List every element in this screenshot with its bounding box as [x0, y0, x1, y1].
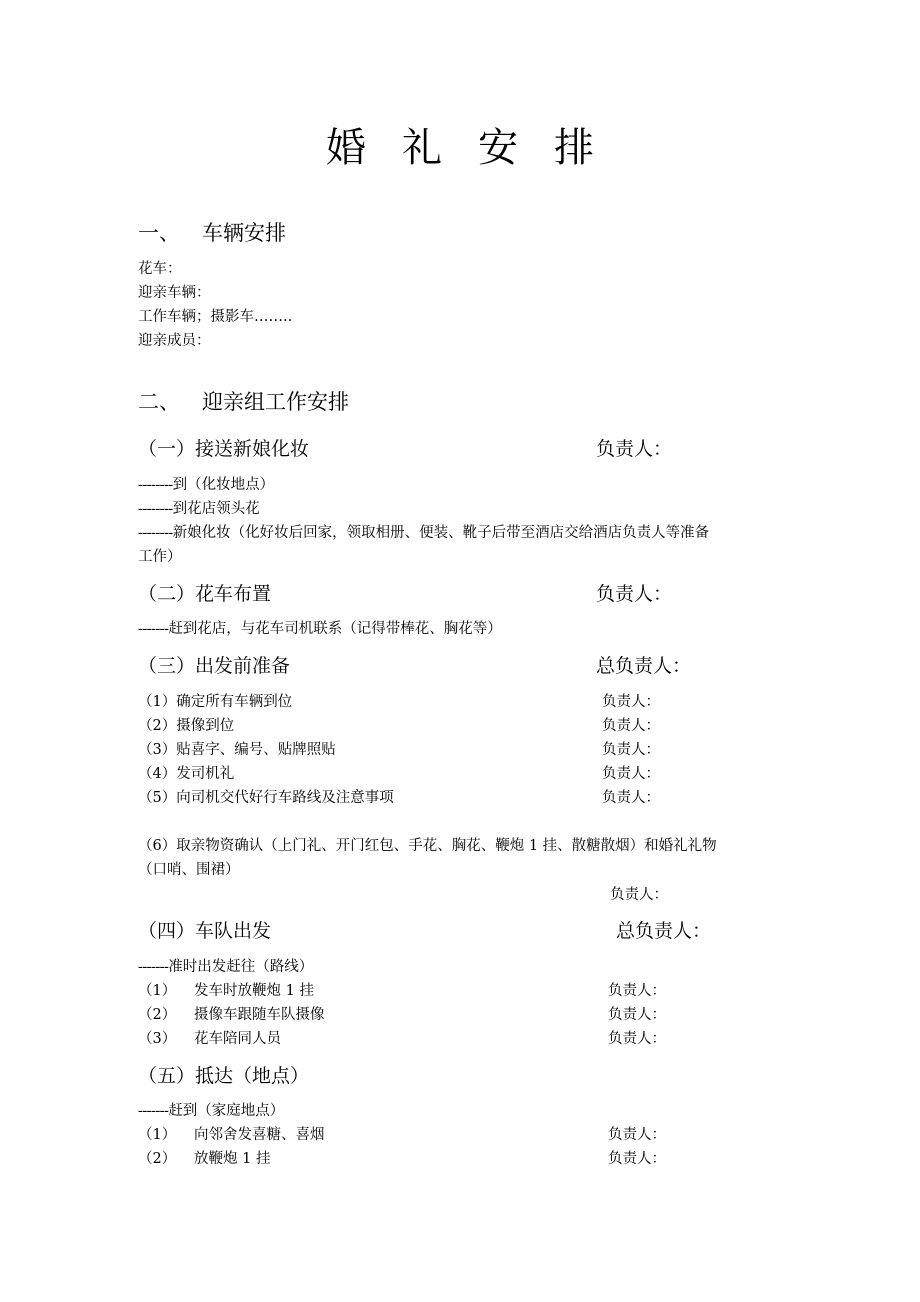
prep-item: （4）发司机礼: [138, 763, 234, 785]
task-line: -------赶到花店，与花车司机联系（记得带棒花、胸花等）: [138, 618, 502, 640]
task-line: --------到花店领头花: [138, 498, 260, 520]
subsection-1-heading: （一）接送新娘化妆: [138, 436, 309, 462]
prep-item-owner: 负责人：: [602, 787, 660, 809]
convoy-item-owner: 负责人：: [608, 1028, 666, 1050]
section-1-heading: 一、车辆安排: [138, 219, 286, 247]
vehicle-line: 花车：: [138, 258, 182, 280]
section-2-title: 迎亲组工作安排: [202, 390, 349, 414]
arrival-item-owner: 负责人：: [608, 1148, 666, 1170]
arrival-item: （1）向邻舍发喜糖、喜烟: [138, 1124, 325, 1146]
prep-item-6-owner: 负责人：: [610, 884, 668, 906]
section-2-heading: 二、迎亲组工作安排: [138, 388, 349, 416]
prep-item-owner: 负责人：: [602, 763, 660, 785]
prep-item-owner: 负责人：: [602, 691, 660, 713]
prep-item: （3）贴喜字、编号、贴牌照贴: [138, 739, 336, 761]
convoy-item-owner: 负责人：: [608, 980, 666, 1002]
subsection-2-owner-label: 负责人：: [596, 581, 672, 607]
prep-item: （1）确定所有车辆到位: [138, 691, 292, 713]
vehicle-line: 工作车辆；摄影车……..: [138, 306, 292, 328]
document-page: 婚礼安排 一、车辆安排 花车： 迎亲车辆： 工作车辆；摄影车…….. 迎亲成员：…: [0, 0, 920, 1302]
task-line: --------到（化妆地点）: [138, 474, 274, 496]
convoy-item: （2）摄像车跟随车队摄像: [138, 1004, 325, 1026]
section-1-title: 车辆安排: [202, 221, 286, 245]
vehicle-line: 迎亲车辆：: [138, 282, 211, 304]
convoy-item-owner: 负责人：: [608, 1004, 666, 1026]
subsection-1-owner-label: 负责人：: [596, 436, 672, 462]
prep-item-owner: 负责人：: [602, 739, 660, 761]
subsection-3-owner-label: 总负责人：: [596, 653, 691, 679]
vehicle-line: 迎亲成员：: [138, 330, 211, 352]
section-1-number: 一、: [138, 219, 202, 247]
prep-item-6-wrap: （口哨、围裙）: [138, 859, 240, 881]
subsection-4-owner-label: 总负责人：: [616, 918, 711, 944]
subsection-3-heading: （三）出发前准备: [138, 653, 290, 679]
prep-item: （2）摄像到位: [138, 715, 234, 737]
document-title: 婚礼安排: [0, 120, 920, 176]
task-line: -------赶到（家庭地点）: [138, 1100, 284, 1122]
section-2-number: 二、: [138, 388, 202, 416]
subsection-4-heading: （四）车队出发: [138, 918, 271, 944]
subsection-5-heading: （五）抵达（地点）: [138, 1063, 309, 1089]
task-line-wrap: 工作）: [138, 546, 182, 568]
prep-item-owner: 负责人：: [602, 715, 660, 737]
prep-item: （5）向司机交代好行车路线及注意事项: [138, 787, 394, 809]
arrival-item-owner: 负责人：: [608, 1124, 666, 1146]
arrival-item: （2）放鞭炮 1 挂: [138, 1148, 270, 1170]
prep-item-6: （6）取亲物资确认（上门礼、开门红包、手花、胸花、鞭炮 1 挂、散糖散烟）和婚礼…: [138, 835, 717, 857]
convoy-item: （3）花车陪同人员: [138, 1028, 281, 1050]
subsection-2-heading: （二）花车布置: [138, 581, 271, 607]
task-line: -------准时出发赶往（路线）: [138, 956, 313, 978]
task-line: --------新娘化妆（化好妆后回家，领取相册、便装、靴子后带至酒店交给酒店负…: [138, 522, 709, 544]
convoy-item: （1）发车时放鞭炮 1 挂: [138, 980, 314, 1002]
